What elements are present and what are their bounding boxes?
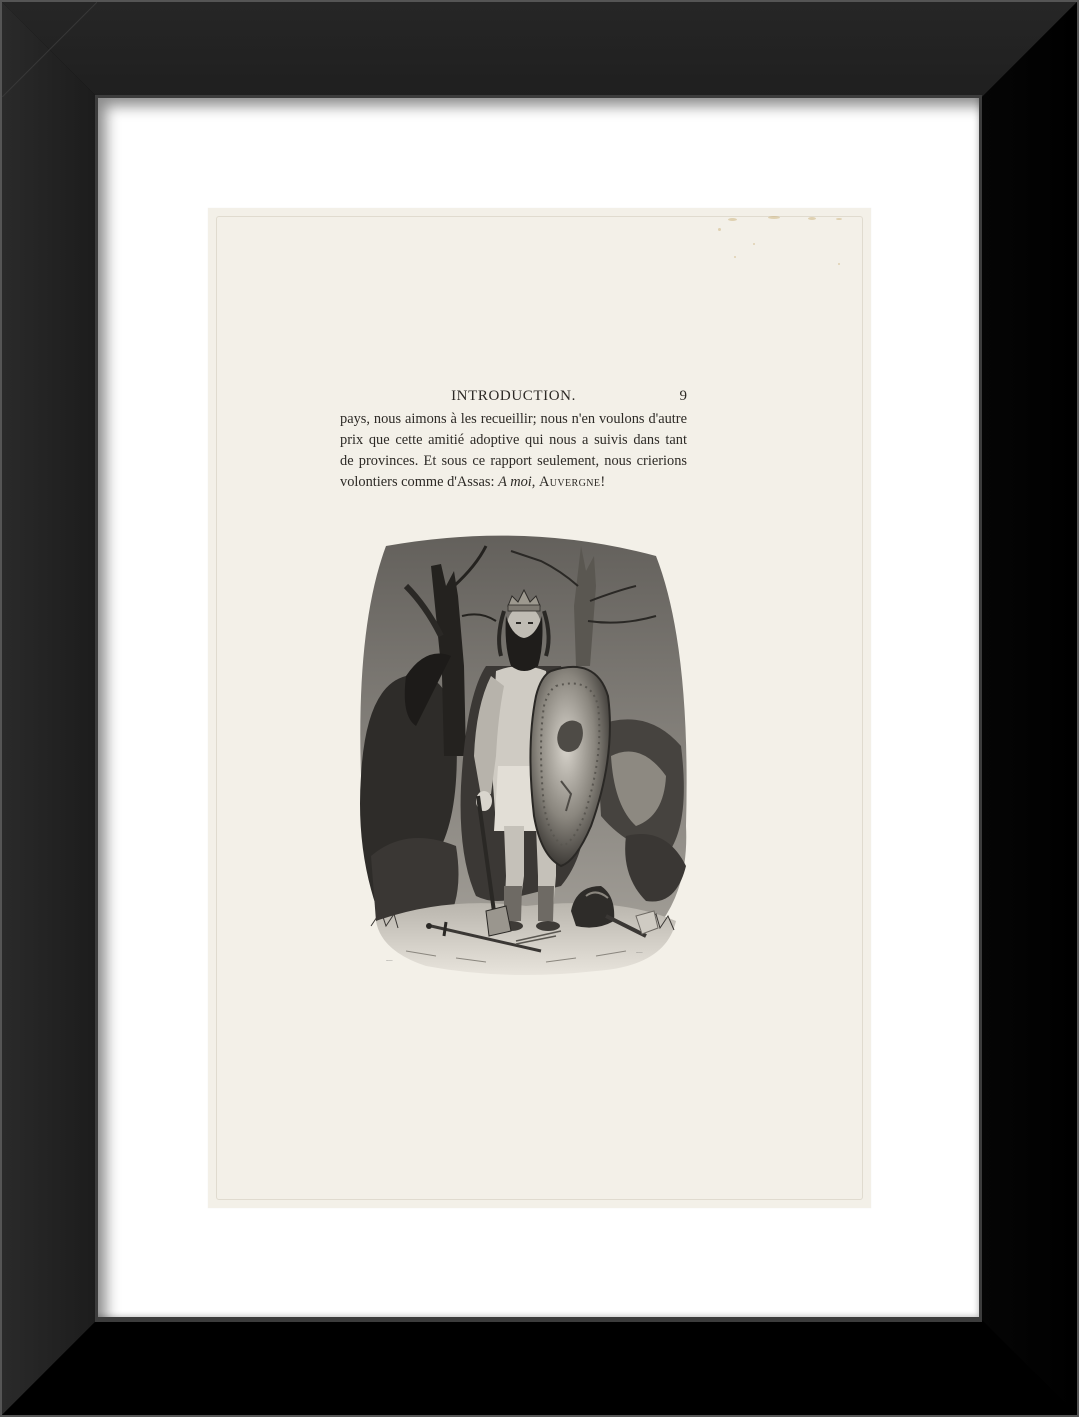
foxing-spot xyxy=(728,218,737,221)
text-smallcaps: Auvergne xyxy=(539,474,600,490)
frame-right-rail xyxy=(982,2,1077,1415)
running-head-title: INTRODUCTION. xyxy=(340,388,687,405)
print-sheet: INTRODUCTION. 9 pays, nous aimons à les … xyxy=(208,208,871,1208)
foxing-spot xyxy=(838,263,840,265)
text-line: prix que cette amitié adoptive qui nous … xyxy=(340,430,687,451)
frame-left-rail xyxy=(2,2,97,1415)
frame-miter-joint xyxy=(2,2,97,97)
frame-bottom-rail xyxy=(2,1320,1077,1415)
printer-signature: ~~~ xyxy=(636,950,643,955)
text-line: pays, nous aimons à les recueillir; nous… xyxy=(340,409,687,430)
text-roman: volontiers comme d'Assas: xyxy=(340,474,498,490)
foxing-spot xyxy=(734,256,736,258)
lithograph-illustration: ~~~ ~~~ xyxy=(346,526,706,976)
foxing-spot xyxy=(768,216,780,219)
text-comma: , xyxy=(532,474,539,490)
foxing-spot xyxy=(808,217,816,220)
text-end: ! xyxy=(600,474,605,490)
foxing-spot xyxy=(836,218,842,220)
foxing-spot xyxy=(718,228,721,231)
text-italic: A moi xyxy=(498,474,532,490)
running-head: INTRODUCTION. 9 xyxy=(340,388,687,410)
foxing-spot xyxy=(753,243,755,245)
text-line: volontiers comme d'Assas: A moi, Auvergn… xyxy=(340,472,687,493)
frame-top-rail xyxy=(2,2,1077,97)
text-line: de provinces. Et sous ce rapport seuleme… xyxy=(340,451,687,472)
page-number: 9 xyxy=(680,388,688,405)
artist-signature: ~~~ xyxy=(386,958,393,963)
body-text: pays, nous aimons à les recueillir; nous… xyxy=(340,409,687,493)
